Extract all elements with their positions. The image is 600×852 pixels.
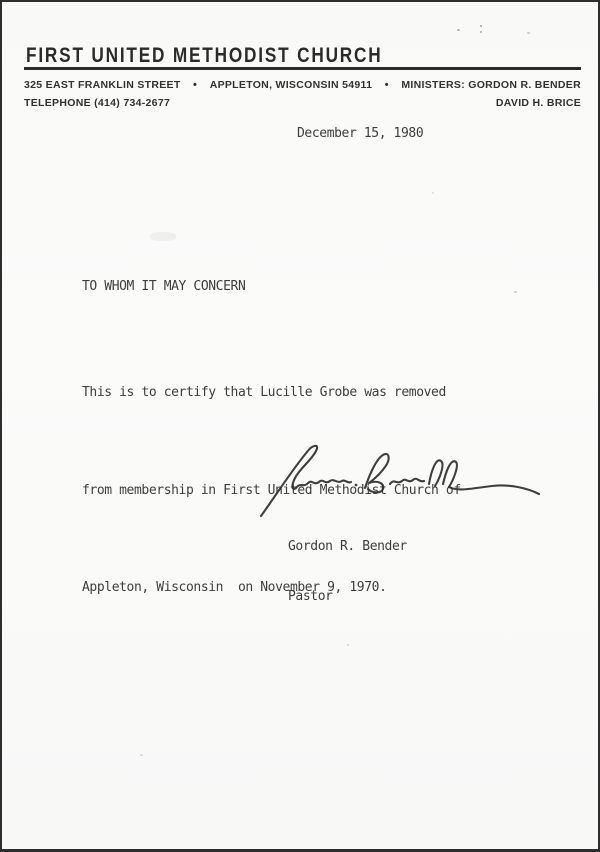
signer-name: Gordon R. Bender	[288, 539, 407, 556]
letterhead-rule	[24, 67, 581, 70]
scan-smudge	[150, 232, 176, 241]
scan-speck	[347, 644, 349, 646]
letter-date: December 15, 1980	[297, 126, 423, 141]
scan-speck	[457, 29, 460, 31]
letter-page: FIRST UNITED METHODIST CHURCH 325 EAST F…	[0, 0, 600, 852]
scan-speck	[140, 754, 143, 756]
city-state-zip: APPLETON, WISCONSIN 54911	[210, 79, 373, 91]
signer-block: Gordon R. Bender Pastor	[288, 506, 407, 638]
telephone: TELEPHONE (414) 734-2677	[24, 97, 170, 109]
bullet-separator: •	[189, 79, 201, 91]
letterhead-phone-line: TELEPHONE (414) 734-2677 DAVID H. BRICE	[24, 97, 581, 109]
second-minister: DAVID H. BRICE	[496, 97, 581, 109]
scan-speck	[514, 291, 517, 293]
church-name: FIRST UNITED METHODIST CHURCH	[26, 44, 383, 68]
signer-title: Pastor	[288, 589, 407, 606]
bullet-separator: •	[381, 79, 393, 91]
street-address: 325 EAST FRANKLIN STREET	[24, 79, 181, 91]
body-line: This is to certify that Lucille Grobe wa…	[82, 377, 461, 410]
salutation: TO WHOM IT MAY CONCERN	[82, 279, 245, 294]
letterhead-address-line: 325 EAST FRANKLIN STREET • APPLETON, WIS…	[24, 79, 581, 91]
scan-speck	[432, 192, 434, 194]
ministers-line: MINISTERS: GORDON R. BENDER	[401, 79, 581, 91]
scan-speck	[480, 31, 482, 33]
scan-speck	[527, 32, 530, 34]
scan-speck	[480, 25, 482, 27]
